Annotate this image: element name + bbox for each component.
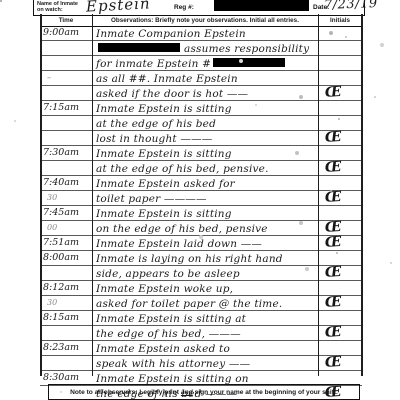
observation-cell: as all ##. Inmate Epstein [92, 71, 318, 85]
observation-cell: asked if the door is hot —— [92, 86, 318, 100]
log-row: side, appears to be asleepŒ [40, 266, 362, 281]
initials-column-divider [318, 14, 319, 376]
time-cell: 7:40am [40, 176, 92, 190]
log-row: 8:23amInmate Epstein asked to [40, 341, 362, 356]
observation-text: speak with his attorney —— [96, 358, 250, 370]
observation-cell: at the edge of his bed [92, 116, 318, 130]
observation-text: lost in thought ——— [96, 133, 213, 145]
observation-text: Inmate Epstein asked to [96, 343, 230, 355]
log-row: 7:51amInmate Epstein laid down ——Œ [40, 236, 362, 251]
observation-cell: at the edge of his bed, pensive. [92, 161, 318, 175]
reg-number-label: Reg #: [174, 4, 194, 11]
log-row: the edge of his bed, ———Œ [40, 326, 362, 341]
time-cell: 8:30am [40, 371, 92, 385]
date-handwritten: 7/23/19 [324, 0, 378, 13]
time-cell: 8:00am [40, 251, 92, 265]
time-cell: – [40, 71, 92, 85]
observation-text: asked if the door is hot —— [96, 88, 248, 100]
log-row: for inmate Epstein # [40, 56, 362, 71]
time-cell [40, 266, 92, 280]
observation-text: toilet paper ———— [96, 193, 207, 205]
observation-cell: Inmate Epstein asked for [92, 176, 318, 190]
time-cell: 7:30am [40, 146, 92, 160]
observation-log-grid: 9:00amInmate Companion Epsteinassumes re… [40, 26, 362, 400]
observation-text: Inmate Companion Epstein [96, 28, 246, 40]
log-row: assumes responsibility [40, 41, 362, 56]
redaction-bar [213, 58, 285, 67]
observation-text: for inmate Epstein # [96, 58, 211, 70]
time-cell [40, 56, 92, 70]
observation-text: assumes responsibility [184, 43, 309, 55]
time-column-header: Time [40, 14, 92, 26]
observer-note-and: and [181, 389, 193, 396]
time-cell: 8:12am [40, 281, 92, 295]
observation-text: as all ##. Inmate Epstein [96, 73, 238, 85]
time-cell: 9:00am [40, 26, 92, 40]
observation-cell: Inmate Epstein is sitting [92, 206, 318, 220]
time-faint-mark: 00 [47, 223, 57, 232]
time-cell [40, 86, 92, 100]
observations-column-header: Observations: Briefly note your observat… [92, 14, 318, 26]
observation-text: Inmate Epstein is sitting at [96, 313, 246, 325]
log-row: speak with his attorney ——Œ [40, 356, 362, 371]
log-row: 9:00amInmate Companion Epstein [40, 26, 362, 41]
time-faint-mark: 30 [47, 193, 57, 202]
time-cell [40, 161, 92, 175]
log-row: 7:30amInmate Epstein is sitting [40, 146, 362, 161]
observation-cell: asked for toilet paper @ the time. [92, 296, 318, 310]
observation-cell: Inmate Epstein woke up, [92, 281, 318, 295]
observation-cell: Inmate Epstein asked to [92, 341, 318, 355]
observation-text: at the edge of his bed [96, 118, 216, 130]
observation-text: Inmate Epstein is sitting [96, 148, 232, 160]
log-row: 30asked for toilet paper @ the time.Œ [40, 296, 362, 311]
observation-text: side, appears to be asleep [96, 268, 240, 280]
observation-cell: side, appears to be asleep [92, 266, 318, 280]
time-cell [40, 356, 92, 370]
observation-text: asked for toilet paper @ the time. [96, 298, 282, 310]
observer-note: Note to all observers: Legibly print and… [48, 384, 360, 400]
log-row: at the edge of his bed, pensive.Œ [40, 161, 362, 176]
observation-cell: Inmate is laying on his right hand [92, 251, 318, 265]
log-row: 8:12amInmate Epstein woke up, [40, 281, 362, 296]
observation-cell: the edge of his bed, ——— [92, 326, 318, 340]
observation-text: Inmate Epstein is sitting [96, 208, 232, 220]
observation-cell: Inmate Companion Epstein [92, 26, 318, 40]
time-cell [40, 116, 92, 130]
time-cell: 8:15am [40, 311, 92, 325]
log-row: 7:45amInmate Epstein is sitting [40, 206, 362, 221]
time-cell: 7:15am [40, 101, 92, 115]
table-right-border [361, 14, 363, 376]
log-row: 7:15amInmate Epstein is sitting [40, 101, 362, 116]
observation-cell: on the edge of his bed, pensive [92, 221, 318, 235]
observation-cell: for inmate Epstein # [92, 56, 318, 70]
observation-cell: Inmate Epstein is sitting on [92, 371, 318, 385]
observation-cell: Inmate Epstein is sitting [92, 101, 318, 115]
time-cell [40, 326, 92, 340]
observation-cell: Inmate Epstein is sitting [92, 146, 318, 160]
time-faint-mark: 30 [47, 298, 57, 307]
observer-note-prefix: Note to all observers: Legibly print [70, 389, 179, 396]
log-row: 7:40amInmate Epstein asked for [40, 176, 362, 191]
time-cell: 00 [40, 221, 92, 235]
observation-log-page: Name of Inmate on watch: Epstein Reg #: … [0, 0, 400, 400]
observation-text: Inmate Epstein laid down —— [96, 238, 262, 250]
time-faint-mark: – [47, 73, 51, 82]
observation-cell: toilet paper ———— [92, 191, 318, 205]
on-watch-label: on watch: [37, 7, 63, 13]
log-row: asked if the door is hot ——Œ [40, 86, 362, 101]
time-cell [40, 41, 92, 55]
redaction-bar [98, 43, 180, 52]
time-cell: 7:51am [40, 236, 92, 250]
time-column-divider [92, 14, 93, 376]
observation-text: Inmate Epstein woke up, [96, 283, 233, 295]
observation-text: the edge of his bed, ——— [96, 328, 241, 340]
log-row: 00on the edge of his bed, pensiveŒ [40, 221, 362, 236]
observation-text: Inmate is laying on his right hand [96, 253, 283, 265]
log-row: –as all ##. Inmate Epstein [40, 71, 362, 86]
time-cell: 7:45am [40, 206, 92, 220]
observation-cell: Inmate Epstein laid down —— [92, 236, 318, 250]
observation-cell: assumes responsibility [92, 41, 318, 55]
time-cell [40, 131, 92, 145]
observation-text: Inmate Epstein is sitting [96, 103, 232, 115]
log-row: lost in thought ———Œ [40, 131, 362, 146]
log-row: 8:15amInmate Epstein is sitting at [40, 311, 362, 326]
time-cell: 30 [40, 296, 92, 310]
time-cell: 30 [40, 191, 92, 205]
reg-number-redaction [214, 0, 309, 11]
observation-text: at the edge of his bed, pensive. [96, 163, 269, 175]
table-left-border [40, 14, 42, 376]
log-row: 30toilet paper ————Œ [40, 191, 362, 206]
observation-cell: lost in thought ——— [92, 131, 318, 145]
log-row: at the edge of his bed [40, 116, 362, 131]
scan-noise [0, 0, 2, 2]
observation-text: Inmate Epstein asked for [96, 178, 235, 190]
log-row: 8:00amInmate is laying on his right hand [40, 251, 362, 266]
observation-cell: speak with his attorney —— [92, 356, 318, 370]
observer-note-suffix: sign your name at the beginning of your … [195, 389, 338, 396]
observation-text: on the edge of his bed, pensive [96, 223, 268, 235]
time-cell: 8:23am [40, 341, 92, 355]
observation-cell: Inmate Epstein is sitting at [92, 311, 318, 325]
